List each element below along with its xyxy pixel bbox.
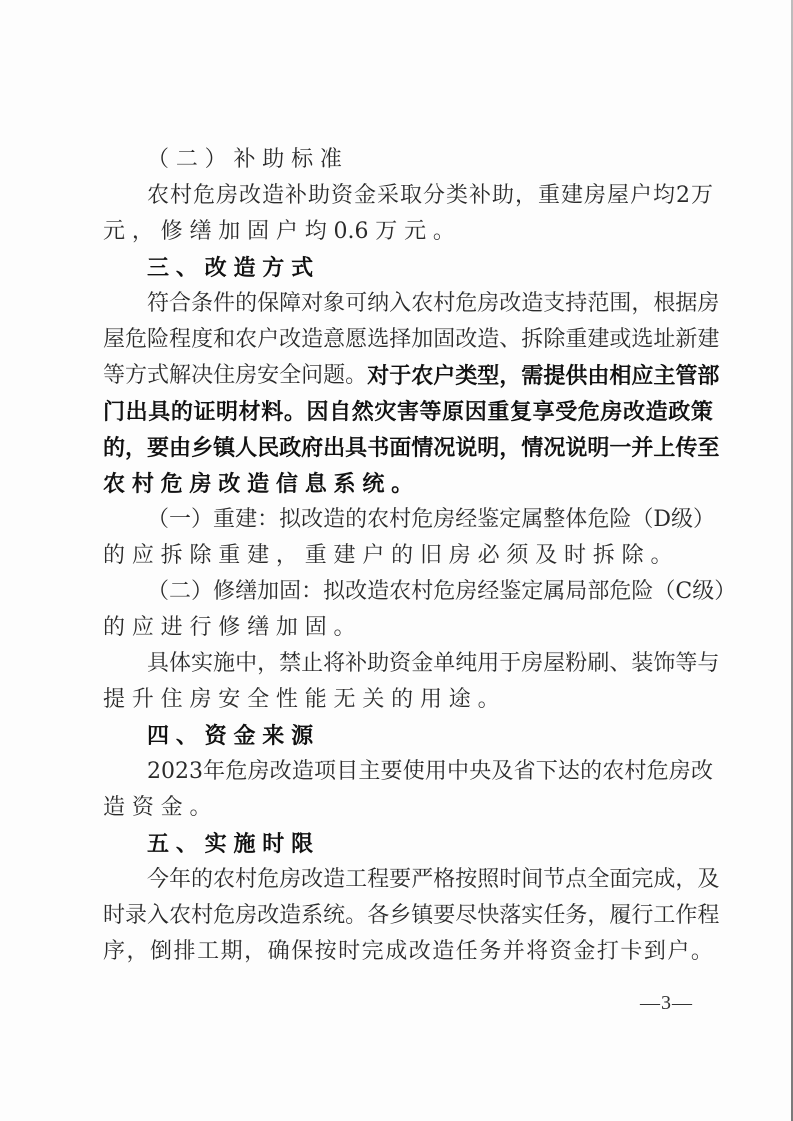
paragraph-line: 的应进行修缮加固。 [103, 610, 713, 646]
page-number: —3— [640, 992, 693, 1015]
paragraph-line: 农村危房改造信息系统。 [103, 466, 713, 502]
paragraph-line: 的应拆除重建，重建户的旧房必须及时拆除。 [103, 538, 713, 574]
subheading-line: （二）补助标准 [103, 142, 713, 178]
paragraph-line: 序，倒排工期，确保按时完成改造任务并将资金打卡到户。 [103, 934, 713, 970]
paragraph-line: 门出具的证明材料。因自然灾害等原因重复享受危房改造政策 [103, 394, 713, 430]
paragraph-line: 提升住房安全性能无关的用途。 [103, 682, 713, 718]
heading-line: 四、资金来源 [103, 718, 713, 754]
paragraph-line: 时录入农村危房改造系统。各乡镇要尽快落实任务，履行工作程 [103, 898, 713, 934]
document-page: （二）补助标准农村危房改造补助资金采取分类补助，重建房屋户均2万元，修缮加固户均… [0, 0, 793, 1121]
paragraph-line: 造资金。 [103, 790, 713, 826]
document-body: （二）补助标准农村危房改造补助资金采取分类补助，重建房屋户均2万元，修缮加固户均… [103, 142, 713, 970]
heading-line: 三、改造方式 [103, 250, 713, 286]
paragraph-line: 2023年危房改造项目主要使用中央及省下达的农村危房改 [103, 754, 713, 790]
paragraph-line: 元，修缮加固户均0.6万元。 [103, 214, 713, 250]
paragraph-line: 屋危险程度和农户改造意愿选择加固改造、拆除重建或选址新建 [103, 322, 713, 358]
paragraph-line: 符合条件的保障对象可纳入农村危房改造支持范围，根据房 [103, 286, 713, 322]
paragraph-line: 等方式解决住房安全问题。对于农户类型，需提供由相应主管部 [103, 358, 713, 394]
paragraph-line: 具体实施中，禁止将补助资金单纯用于房屋粉刷、装饰等与 [103, 646, 713, 682]
heading-line: 五、实施时限 [103, 826, 713, 862]
paragraph-line: 今年的农村危房改造工程要严格按照时间节点全面完成，及 [103, 862, 713, 898]
paragraph-line: （一）重建：拟改造的农村危房经鉴定属整体危险（D级） [103, 502, 713, 538]
paragraph-line: 农村危房改造补助资金采取分类补助，重建房屋户均2万 [103, 178, 713, 214]
paragraph-line: （二）修缮加固：拟改造农村危房经鉴定属局部危险（C级） [103, 574, 713, 610]
paragraph-line: 的，要由乡镇人民政府出具书面情况说明，情况说明一并上传至 [103, 430, 713, 466]
